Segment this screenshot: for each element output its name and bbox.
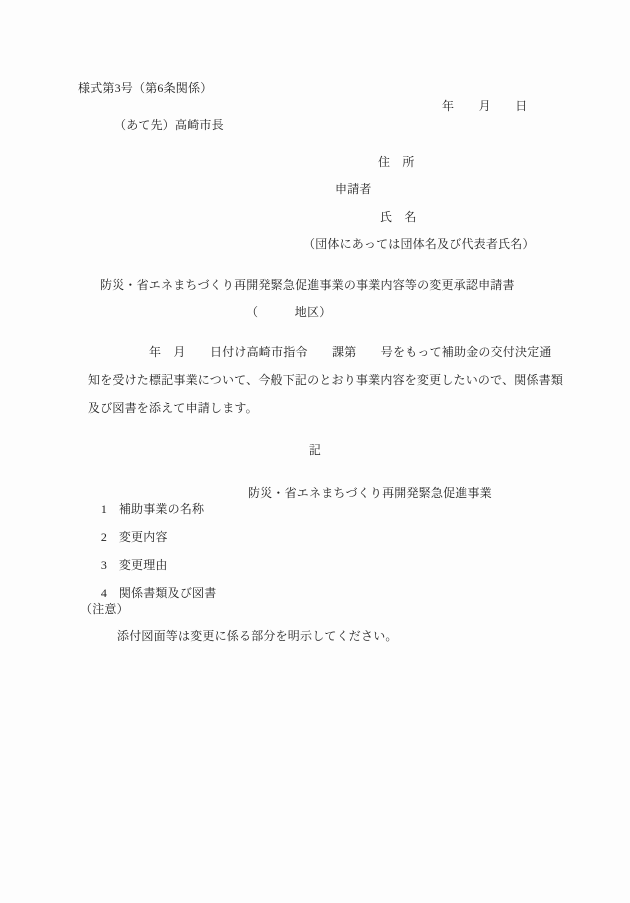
form-number: 様式第3号（第6条関係） (78, 80, 212, 96)
body-paragraph-line-2: 知を受けた標記事業について、今般下記のとおり事業内容を変更したいので、関係書類 (88, 372, 563, 388)
address-label: 住 所 (378, 154, 415, 170)
item-number: 4 (101, 585, 119, 601)
representative-note: （団体にあっては団体名及び代表者氏名） (303, 236, 535, 252)
notice-label: （注意） (80, 601, 129, 617)
district-line: （ 地区） (246, 304, 331, 320)
item-value: 防災・省エネまちづくり再開発緊急促進事業 (248, 485, 492, 501)
item-label: 関係書類及び図書 (119, 586, 217, 600)
document-page: 様式第3号（第6条関係） 年 月 日 （あて先）高崎市長 住 所 申請者 氏 名… (0, 0, 630, 903)
body-paragraph-line-1: 年 月 日付け高崎市指令 課第 号をもって補助金の交付決定通 (88, 344, 552, 360)
date-line: 年 月 日 (442, 98, 527, 114)
addressee-line: （あて先）高崎市長 (114, 117, 224, 133)
notice-text: 添付図面等は変更に係る部分を明示してください。 (117, 628, 398, 644)
name-label: 氏 名 (380, 209, 417, 225)
document-title: 防災・省エネまちづくり再開発緊急促進事業の事業内容等の変更承認申請書 (100, 277, 515, 293)
record-marker: 記 (0, 442, 630, 458)
body-paragraph-line-3: 及び図書を添えて申請します。 (88, 400, 258, 416)
applicant-label: 申請者 (335, 181, 372, 197)
